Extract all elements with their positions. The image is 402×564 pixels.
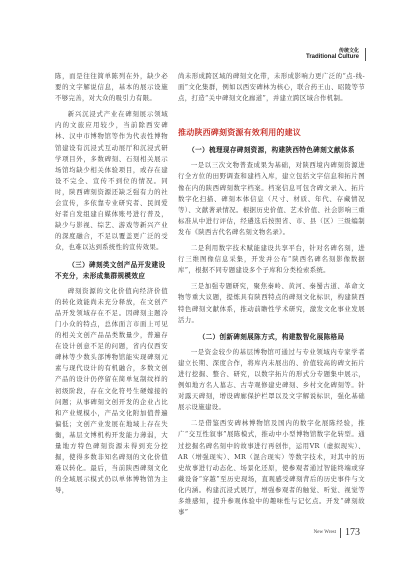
footer-divider bbox=[340, 528, 341, 538]
paragraph: 二是借鉴西安碑林博物馆及国内的数字化展陈经验，推广“交互性叙事”展陈模式，推动中… bbox=[178, 418, 365, 518]
left-column: 陈，而是往往简单陈列在外，缺少必要的文字解说信息，基本的展示设施不够完善，对大众… bbox=[55, 71, 168, 496]
paragraph: 三是加强专题研究，聚焦秦岭、黄河、秦蜀古道、革命文物等重大议题，提炼具有陕西特点… bbox=[178, 281, 365, 325]
magazine-name: New Wrest bbox=[314, 530, 336, 535]
paragraph: 一是资金较少的基层博物馆可通过与专业领域内专家学者建立长期、深度合作，将库内未展… bbox=[178, 347, 365, 414]
section-label-en: Traditional Culture bbox=[306, 54, 359, 61]
subsection-heading: （二）创新碑刻展陈方式，构建数智化展陈格局 bbox=[178, 332, 365, 343]
subsection-heading: （一）梳理现存碑刻资源，构建陕西特色碑刻文献体系 bbox=[178, 145, 365, 156]
page-number: 173 bbox=[345, 527, 360, 538]
section-title: 推动陕西碑刻资源有效利用的建议 bbox=[178, 127, 365, 139]
running-header: 传统文化 Traditional Culture bbox=[306, 48, 366, 61]
paragraph: 陈，而是往往简单陈列在外，缺少必要的文字解说信息，基本的展示设施不够完善，对大众… bbox=[55, 71, 168, 104]
subsection-heading: （三）碑刻类文创产品开发建设不充分，未形成集群规模效应 bbox=[55, 260, 168, 282]
right-column: 尚未形成跨区域的碑刻文化带，未形成影响力更广泛的“点-线-面”文化集群，例如以西… bbox=[178, 71, 365, 518]
paragraph: 二是利用数字技术赋能建设共享平台，针对名碑名刻，进行三维图像信息采集，开发并公布… bbox=[178, 243, 365, 276]
paragraph: 一是以三次文物普查成果为基础，对陕西境内碑刻资源进行全方位的田野调查和建档入库，… bbox=[178, 160, 365, 238]
page-footer: New Wrest 173 bbox=[314, 527, 360, 538]
paragraph: 新兴沉浸式产业在碑刻展示领域内的文旅应用较少，当前除西安碑林、汉中市博物馆等作为… bbox=[55, 109, 168, 253]
paragraph: 尚未形成跨区域的碑刻文化带，未形成影响力更广泛的“点-线-面”文化集群，例如以西… bbox=[178, 71, 365, 104]
paragraph: 碑刻资源的文化价值向经济价值的转化效能尚未充分释放，在文创产品开发领域存在不足。… bbox=[55, 286, 168, 497]
